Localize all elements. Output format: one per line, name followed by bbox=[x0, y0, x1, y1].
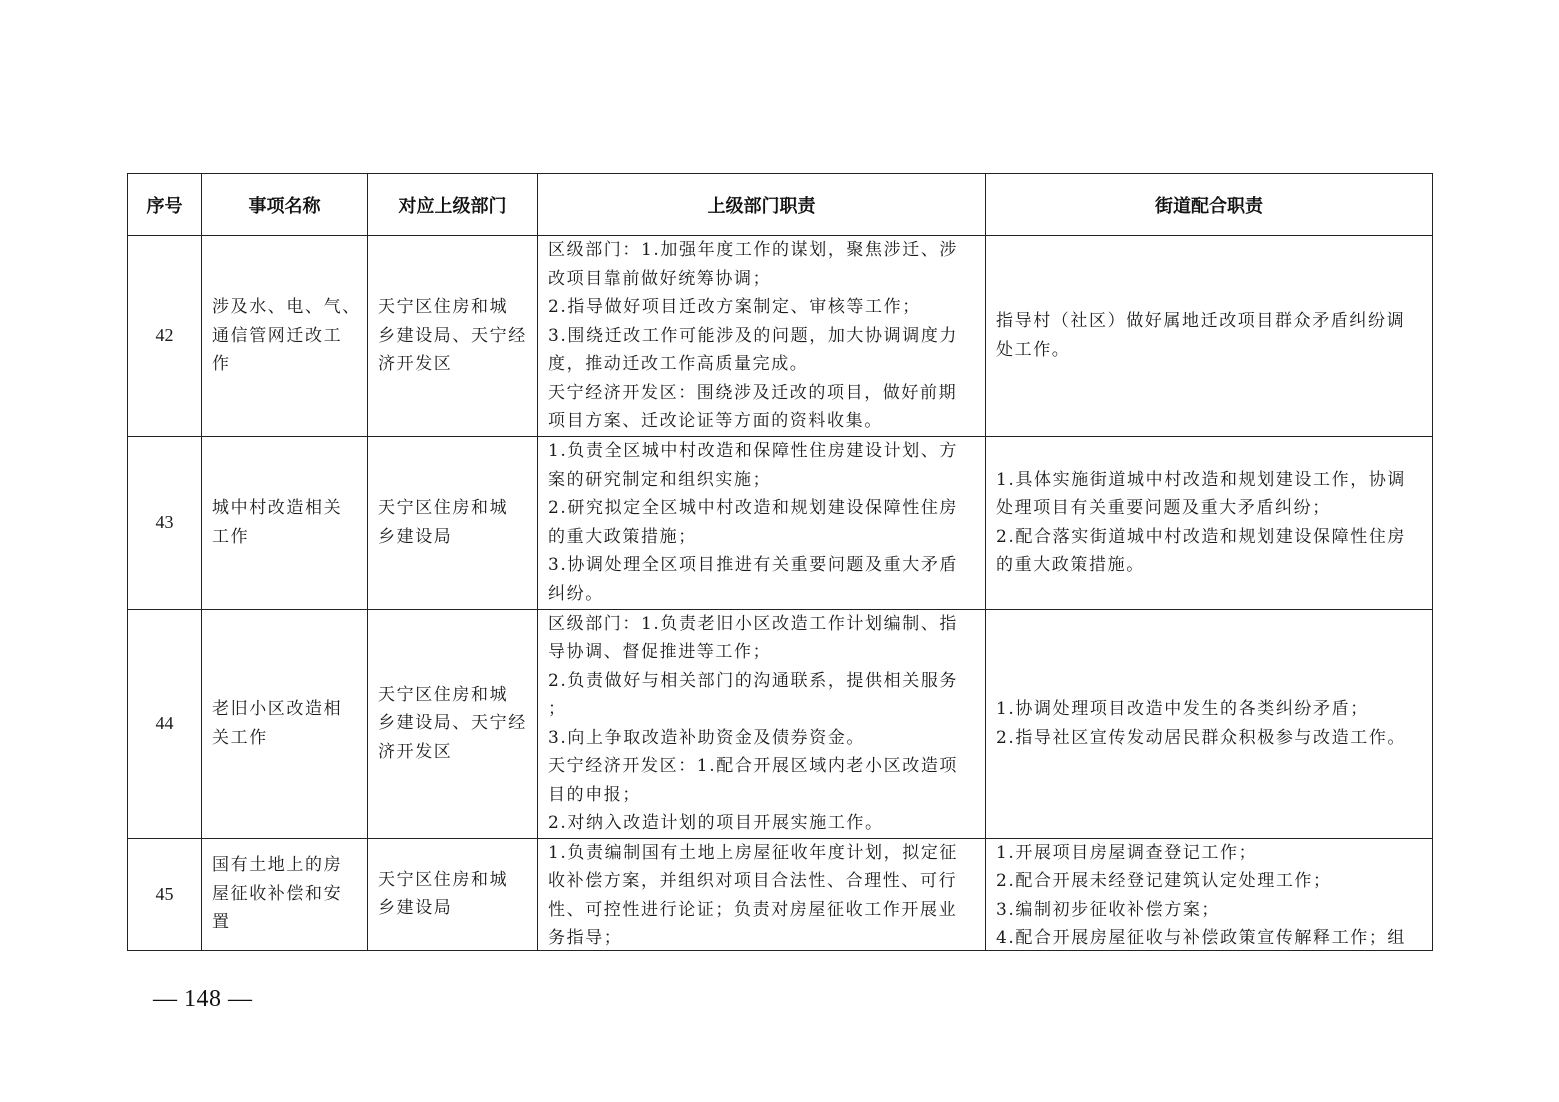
text-line: 老旧小区改造相 bbox=[212, 695, 361, 724]
text-line: 工作 bbox=[212, 523, 361, 552]
text-line: 2.负责做好与相关部门的沟通联系，提供相关服务 bbox=[548, 667, 979, 696]
superior-duty-cell: 1.负责编制国有土地上房屋征收年度计划，拟定征 收补偿方案，并组织对项目合法性、… bbox=[538, 838, 986, 950]
text-line: 天宁区住房和城 bbox=[378, 494, 531, 523]
text-line: 指导村（社区）做好属地迁改项目群众矛盾纠纷调 bbox=[996, 307, 1426, 336]
text-line: 3.围绕迁改工作可能涉及的问题，加大协调调度力 bbox=[548, 322, 979, 351]
text-line: 天宁区住房和城 bbox=[378, 866, 531, 895]
text-line: 济开发区 bbox=[378, 350, 531, 379]
text-line: 天宁区住房和城 bbox=[378, 681, 531, 710]
superior-dept-cell: 天宁区住房和城 乡建设局、天宁经 济开发区 bbox=[368, 236, 538, 437]
row-number: 44 bbox=[128, 609, 202, 838]
text-line: 1.开展项目房屋调查登记工作； bbox=[996, 839, 1426, 868]
text-line: 项目方案、迁改论证等方面的资料收集。 bbox=[548, 407, 979, 436]
text-line: 的重大政策措施。 bbox=[996, 551, 1426, 580]
text-line: 度，推动迁改工作高质量完成。 bbox=[548, 350, 979, 379]
street-duty-cell: 1.具体实施街道城中村改造和规划建设工作，协调 处理项目有关重要问题及重大矛盾纠… bbox=[986, 436, 1433, 609]
text-line: 1.具体实施街道城中村改造和规划建设工作，协调 bbox=[996, 466, 1426, 495]
text-line: 改项目靠前做好统筹协调； bbox=[548, 265, 979, 294]
text-line: 通信管网迁改工 bbox=[212, 322, 361, 351]
text-line: 1.负责全区城中村改造和保障性住房建设计划、方 bbox=[548, 437, 979, 466]
text-line: 2.配合落实街道城中村改造和规划建设保障性住房 bbox=[996, 523, 1426, 552]
text-line: 处工作。 bbox=[996, 336, 1426, 365]
responsibility-table: 序号 事项名称 对应上级部门 上级部门职责 街道配合职责 42 涉及水、电、气、… bbox=[127, 173, 1433, 951]
text-line: ； bbox=[548, 695, 979, 724]
street-duty-cell: 指导村（社区）做好属地迁改项目群众矛盾纠纷调 处工作。 bbox=[986, 236, 1433, 437]
text-line: 天宁经济开发区：1.配合开展区域内老小区改造项 bbox=[548, 752, 979, 781]
text-line: 国有土地上的房 bbox=[212, 851, 361, 880]
superior-duty-cell: 1.负责全区城中村改造和保障性住房建设计划、方 案的研究制定和组织实施； 2.研… bbox=[538, 436, 986, 609]
text-line: 处理项目有关重要问题及重大矛盾纠纷； bbox=[996, 494, 1426, 523]
text-line: 区级部门：1.负责老旧小区改造工作计划编制、指 bbox=[548, 610, 979, 639]
cell-content: 1.开展项目房屋调查登记工作； 2.配合开展未经登记建筑认定处理工作； 3.编制… bbox=[996, 839, 1426, 950]
superior-dept-cell: 天宁区住房和城 乡建设局 bbox=[368, 436, 538, 609]
text-line: 3.编制初步征收补偿方案； bbox=[996, 896, 1426, 925]
item-name-cell: 涉及水、电、气、 通信管网迁改工 作 bbox=[202, 236, 368, 437]
page-number: — 148 — bbox=[153, 986, 253, 1013]
text-line: 乡建设局 bbox=[378, 523, 531, 552]
header-superior-dept: 对应上级部门 bbox=[368, 174, 538, 236]
text-line: 天宁经济开发区：围绕涉及迁改的项目，做好前期 bbox=[548, 379, 979, 408]
text-line: 乡建设局、天宁经 bbox=[378, 709, 531, 738]
text-line: 目的申报； bbox=[548, 781, 979, 810]
text-line: 天宁区住房和城 bbox=[378, 293, 531, 322]
text-line: 导协调、督促推进等工作； bbox=[548, 638, 979, 667]
text-line: 2.研究拟定全区城中村改造和规划建设保障性住房 bbox=[548, 494, 979, 523]
cell-content: 1.负责编制国有土地上房屋征收年度计划，拟定征 收补偿方案，并组织对项目合法性、… bbox=[548, 839, 979, 950]
item-name-cell: 城中村改造相关 工作 bbox=[202, 436, 368, 609]
text-line: 的重大政策措施； bbox=[548, 523, 979, 552]
table-header-row: 序号 事项名称 对应上级部门 上级部门职责 街道配合职责 bbox=[128, 174, 1433, 236]
text-line: 1.负责编制国有土地上房屋征收年度计划，拟定征 bbox=[548, 839, 979, 868]
table-row: 45 国有土地上的房 屋征收补偿和安 置 天宁区住房和城 乡建设局 1.负责编制… bbox=[128, 838, 1433, 950]
table-row: 44 老旧小区改造相 关工作 天宁区住房和城 乡建设局、天宁经 济开发区 区级部… bbox=[128, 609, 1433, 838]
header-no: 序号 bbox=[128, 174, 202, 236]
superior-duty-cell: 区级部门：1.负责老旧小区改造工作计划编制、指 导协调、督促推进等工作； 2.负… bbox=[538, 609, 986, 838]
text-line: 3.向上争取改造补助资金及债券资金。 bbox=[548, 724, 979, 753]
text-line: 2.指导做好项目迁改方案制定、审核等工作； bbox=[548, 293, 979, 322]
street-duty-cell: 1.协调处理项目改造中发生的各类纠纷矛盾； 2.指导社区宣传发动居民群众积极参与… bbox=[986, 609, 1433, 838]
text-line: 1.协调处理项目改造中发生的各类纠纷矛盾； bbox=[996, 695, 1426, 724]
text-line: 置 bbox=[212, 908, 361, 937]
text-line: 纠纷。 bbox=[548, 580, 979, 609]
text-line: 区级部门：1.加强年度工作的谋划，聚焦涉迁、涉 bbox=[548, 236, 979, 265]
text-line: 屋征收补偿和安 bbox=[212, 880, 361, 909]
header-item-name: 事项名称 bbox=[202, 174, 368, 236]
row-number: 42 bbox=[128, 236, 202, 437]
header-street-duty: 街道配合职责 bbox=[986, 174, 1433, 236]
text-line: 乡建设局、天宁经 bbox=[378, 322, 531, 351]
text-line: 务指导； bbox=[548, 924, 979, 950]
text-line: 4.配合开展房屋征收与补偿政策宣传解释工作；组 bbox=[996, 924, 1426, 950]
text-line: 乡建设局 bbox=[378, 894, 531, 923]
text-line: 性、可控性进行论证；负责对房屋征收工作开展业 bbox=[548, 896, 979, 925]
text-line: 涉及水、电、气、 bbox=[212, 293, 361, 322]
table-row: 42 涉及水、电、气、 通信管网迁改工 作 天宁区住房和城 乡建设局、天宁经 济… bbox=[128, 236, 1433, 437]
text-line: 关工作 bbox=[212, 724, 361, 753]
row-number: 43 bbox=[128, 436, 202, 609]
superior-duty-cell: 区级部门：1.加强年度工作的谋划，聚焦涉迁、涉 改项目靠前做好统筹协调； 2.指… bbox=[538, 236, 986, 437]
text-line: 3.协调处理全区项目推进有关重要问题及重大矛盾 bbox=[548, 551, 979, 580]
text-line: 案的研究制定和组织实施； bbox=[548, 466, 979, 495]
superior-dept-cell: 天宁区住房和城 乡建设局、天宁经 济开发区 bbox=[368, 609, 538, 838]
text-line: 城中村改造相关 bbox=[212, 494, 361, 523]
item-name-cell: 老旧小区改造相 关工作 bbox=[202, 609, 368, 838]
text-line: 2.对纳入改造计划的项目开展实施工作。 bbox=[548, 809, 979, 838]
text-line: 济开发区 bbox=[378, 738, 531, 767]
superior-dept-cell: 天宁区住房和城 乡建设局 bbox=[368, 838, 538, 950]
text-line: 作 bbox=[212, 350, 361, 379]
row-number: 45 bbox=[128, 838, 202, 950]
text-line: 2.配合开展未经登记建筑认定处理工作； bbox=[996, 867, 1426, 896]
text-line: 收补偿方案，并组织对项目合法性、合理性、可行 bbox=[548, 867, 979, 896]
street-duty-cell: 1.开展项目房屋调查登记工作； 2.配合开展未经登记建筑认定处理工作； 3.编制… bbox=[986, 838, 1433, 950]
header-superior-duty: 上级部门职责 bbox=[538, 174, 986, 236]
item-name-cell: 国有土地上的房 屋征收补偿和安 置 bbox=[202, 838, 368, 950]
text-line: 2.指导社区宣传发动居民群众积极参与改造工作。 bbox=[996, 724, 1426, 753]
table-row: 43 城中村改造相关 工作 天宁区住房和城 乡建设局 1.负责全区城中村改造和保… bbox=[128, 436, 1433, 609]
